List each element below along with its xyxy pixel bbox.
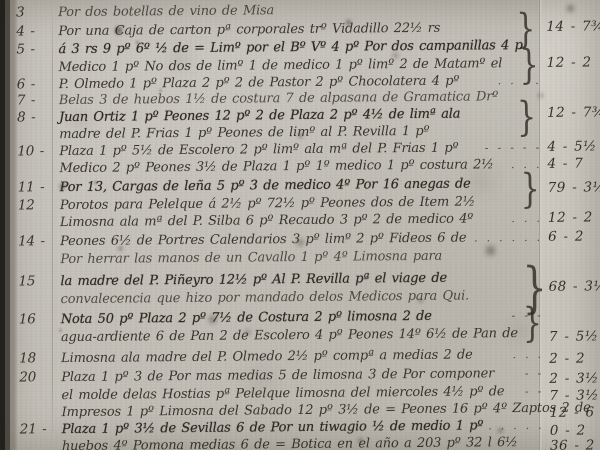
entry-number: 6 - <box>17 76 55 93</box>
entry-number: 20 <box>19 369 57 386</box>
entry-amount: 12 - 2 <box>547 54 592 71</box>
entry-number: 15 <box>18 273 56 290</box>
entry-number: 21 - <box>20 421 58 438</box>
entry-number: 12 <box>18 197 56 214</box>
entry-amount: 36 - 2 <box>550 437 595 450</box>
ledger-line: convalecencia que hizo por mandado delos… <box>1 286 600 309</box>
entry-text: Por una Caja de carton pª corporales trº… <box>58 20 440 40</box>
entry-amount: 7 - 5½ <box>549 328 599 345</box>
grouping-brace: } <box>523 304 542 345</box>
grouping-brace: } <box>519 46 538 87</box>
entry-text: Peones 6½ de Portres Calendarios 3 pº li… <box>60 230 466 251</box>
entry-number: 16 <box>19 311 57 328</box>
dot-leader <box>462 247 542 248</box>
dot-leader: . . . . . . <box>462 229 542 247</box>
entry-number: 7 - <box>17 92 55 109</box>
dot-leader: - - <box>463 383 543 401</box>
entry-text: huebos 4º Pomona medias 6 de = Botica en… <box>62 434 518 450</box>
entry-amount: 4 - 5½ <box>547 138 597 155</box>
entry-number: 11 - <box>18 179 56 196</box>
ledger-line: agua-ardiente 6 de Pan 2 de Escolero 4 p… <box>1 324 600 347</box>
entry-number: 4 - <box>16 23 54 40</box>
grouping-brace: } <box>521 170 540 211</box>
entry-text: la madre del P. Piñeyro 12½ pº Al P. Rev… <box>60 270 447 290</box>
entry-number: 5 - <box>16 41 54 58</box>
entry-number: 14 - <box>18 233 56 250</box>
entry-amount: 14 - 7¾ <box>546 18 600 36</box>
entry-number: 3 <box>16 4 54 21</box>
handwritten-content: 3Por dos botellas de vino de Misa 4 -Por… <box>0 0 600 450</box>
entry-number: 10 - <box>17 143 55 160</box>
dot-leader: - - <box>463 365 543 383</box>
entry-text: Limosna ala mª del P. Silba 6 pº Recaudo… <box>60 210 473 231</box>
entry-number: 18 <box>19 350 57 367</box>
entry-text: Por herrar las manos de un Cavallo 1 pº … <box>60 248 442 268</box>
entry-text: Medico 2 pº Peones 3½ de Plaza 1 pº 1º m… <box>59 156 493 177</box>
grouping-brace: } <box>517 98 536 139</box>
ledger-line: Por herrar las manos de un Cavallo 1 pº … <box>0 246 600 269</box>
dot-leader: . . . <box>463 346 543 364</box>
dot-leader <box>460 0 540 1</box>
entry-text: Por dos botellas de vino de Misa <box>58 2 274 21</box>
entry-text: Limosna ala madre del P. Olmedo 2½ pº co… <box>61 346 473 367</box>
entry-number: 8 - <box>17 109 55 126</box>
entry-amount: 6 - 2 <box>548 229 584 246</box>
dot-leader: - - - - - <box>461 139 541 157</box>
entry-amount: 4 - 7 <box>547 156 583 173</box>
entry-text: Nota 50 pº Plaza 2 pº 7½ de Costura 2 pº… <box>61 308 432 328</box>
manuscript-page: 3Por dos botellas de vino de Misa 4 -Por… <box>0 0 600 450</box>
entry-text: agua-ardiente 6 de Pan 2 de Escolero 4 p… <box>61 325 518 346</box>
entry-text: Por 13, Cargas de leña 5 pº 3 de medico … <box>60 176 471 197</box>
dot-leader: . . . . . <box>464 417 544 435</box>
entry-amount: 12 - 2 <box>548 209 593 226</box>
entry-amount: 12 - 7¾ <box>547 104 600 122</box>
entry-text: convalecencia que hizo por mandado delos… <box>61 288 469 309</box>
